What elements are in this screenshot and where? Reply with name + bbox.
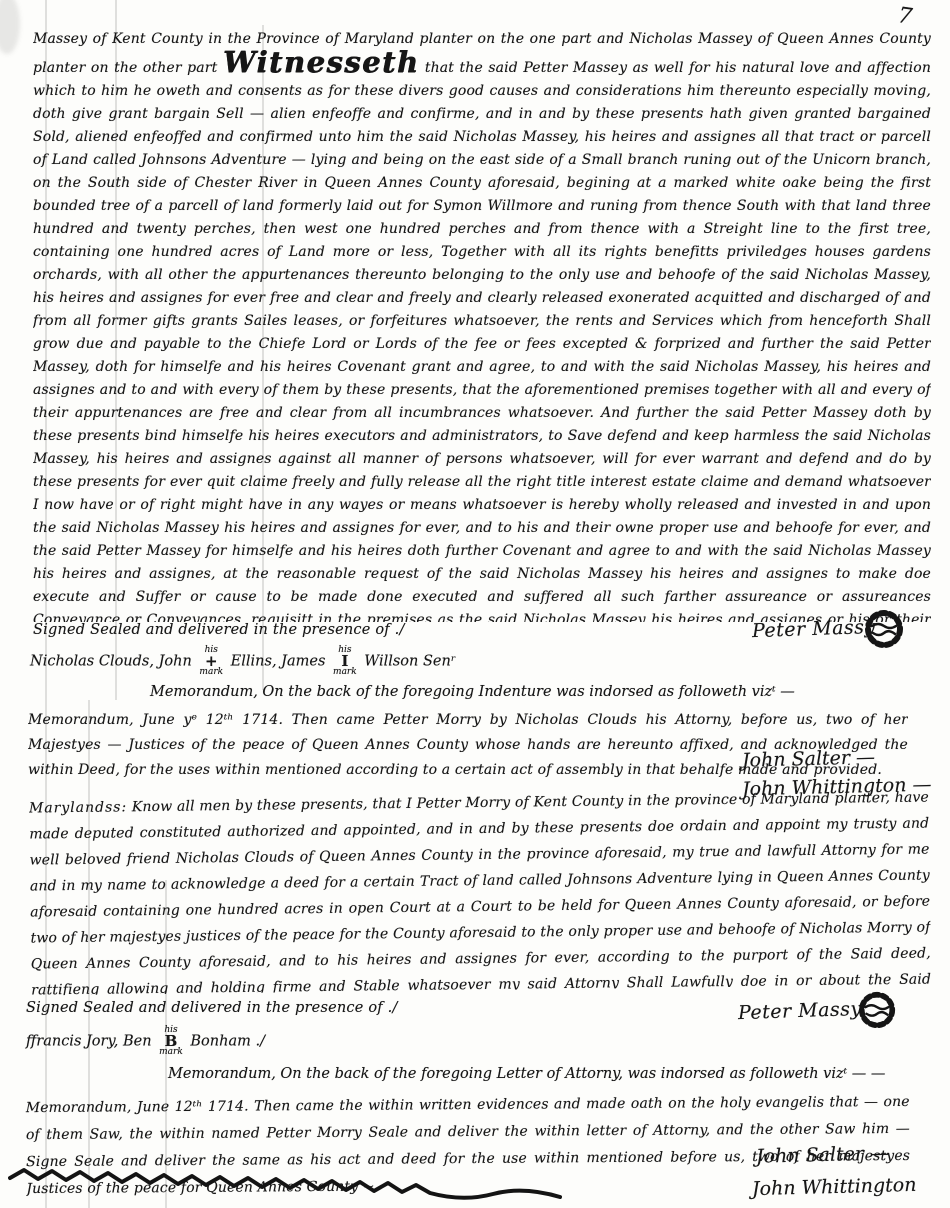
- power-of-attorney-paragraph: Marylandss: Know all men by these presen…: [29, 785, 931, 996]
- attestation-line-1: Signed Sealed and delivered in the prese…: [33, 622, 405, 638]
- scan-smudge: [0, 0, 20, 54]
- manuscript-page: 7 Massey of Kent County in the Province …: [0, 0, 950, 1208]
- memo1-body: Memorandum, June yᵉ 12ᵗʰ 1714. Then came…: [28, 708, 908, 783]
- poa-witness-line: ffrancis Jory, Ben hisBmark Bonham ./: [26, 1026, 265, 1057]
- witness-name: Ellins, James: [226, 654, 330, 670]
- witness-name: Nicholas Clouds, John: [30, 654, 196, 670]
- poa-body-text: Know all men by these presents, that I P…: [29, 790, 931, 996]
- witness-mark: hisImark: [333, 646, 357, 677]
- memo2-intro: Memorandum, On the back of the foregoing…: [168, 1066, 885, 1082]
- wax-seal-icon: [862, 608, 906, 650]
- zigzag-flourish: [8, 1164, 588, 1208]
- witness-mark: his+mark: [199, 646, 223, 677]
- maryland-ss-heading: Marylandss:: [29, 799, 127, 816]
- peter-massy-signature-2: Peter Massy: [738, 998, 862, 1024]
- memo1-intro: Memorandum, On the back of the foregoing…: [150, 684, 795, 700]
- witness-name: Willson Senʳ: [360, 654, 456, 670]
- peter-massy-signature-1: Peter Massy: [752, 616, 876, 642]
- john-whittington-signature-2: John Whittington: [752, 1174, 917, 1200]
- john-salter-signature-2: John Salter —: [756, 1142, 890, 1167]
- poa-year: 1714.: [751, 994, 835, 996]
- witnesseth-word: Witnesseth: [223, 45, 420, 79]
- page-number: 7: [896, 3, 913, 30]
- deed-body-text: that the said Petter Massey as well for …: [33, 60, 931, 622]
- indenture-paragraph: Massey of Kent County in the Province of…: [33, 28, 931, 622]
- deed-witness-line: Nicholas Clouds, John his+mark Ellins, J…: [30, 646, 456, 677]
- witness-mark: hisBmark: [159, 1026, 183, 1057]
- attestation-line-2: Signed Sealed and delivered in the prese…: [26, 1000, 398, 1016]
- witness-name: ffrancis Jory, Ben: [26, 1034, 156, 1050]
- witness-name: Bonham ./: [186, 1034, 265, 1050]
- wax-seal-icon: [856, 990, 898, 1030]
- john-salter-signature-1: John Salter —: [742, 746, 876, 771]
